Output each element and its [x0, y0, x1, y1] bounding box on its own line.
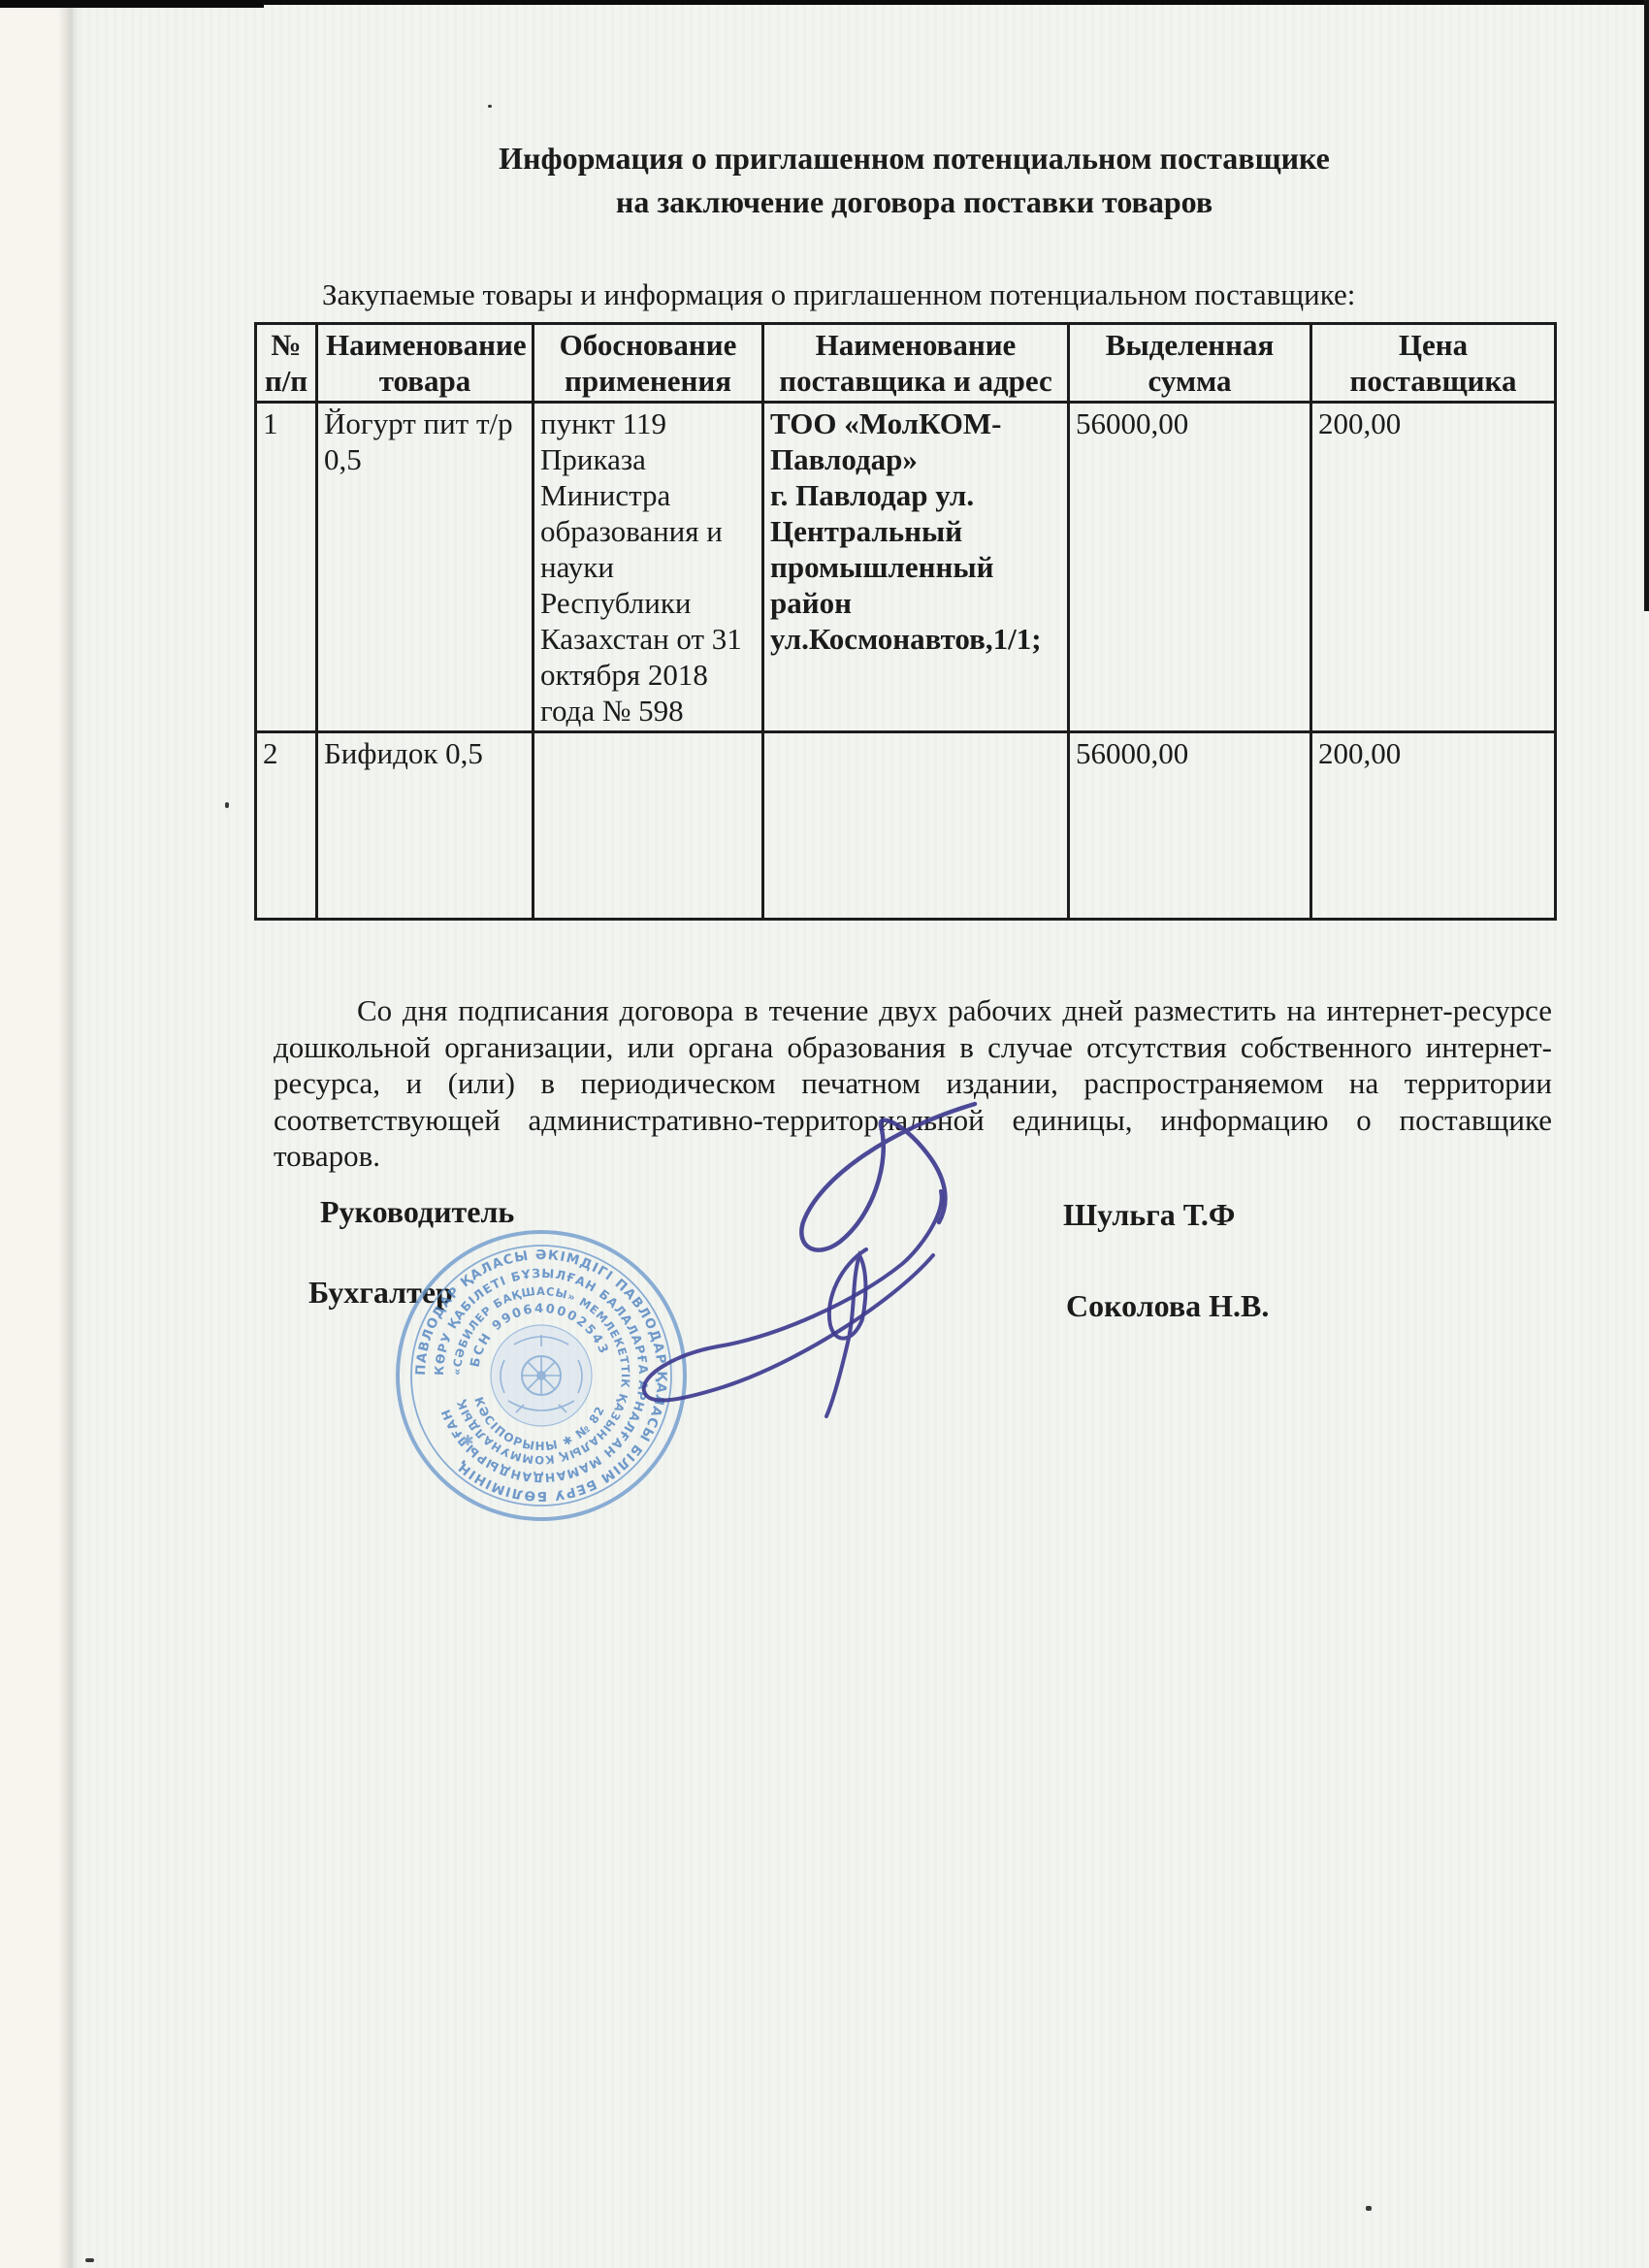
suppliers-table: № п/п Наименование товара Обоснование пр… [254, 322, 1557, 921]
signatory-name-accountant: Соколова Н.В. [1066, 1288, 1269, 1324]
scan-edge-top-left [0, 0, 264, 8]
scan-speck [85, 2258, 94, 2262]
scan-speck [225, 802, 229, 808]
signature-graphic [621, 1085, 989, 1434]
header-justification: Обоснование применения [533, 324, 763, 403]
handwritten-signature [621, 1085, 989, 1434]
table-header-row: № п/п Наименование товара Обоснование пр… [256, 324, 1556, 403]
document-page: Информация о приглашенном потенциальном … [0, 0, 1649, 2268]
cell-num: 1 [256, 403, 317, 732]
table-row: 2 Бифидок 0,5 56000,00 200,00 [256, 732, 1556, 920]
cell-num: 2 [256, 732, 317, 920]
cell-price: 200,00 [1311, 403, 1556, 732]
header-product: Наименование товара [317, 324, 533, 403]
stamp-emblem [491, 1325, 592, 1426]
cell-amount: 56000,00 [1069, 403, 1311, 732]
header-supplier: Наименование поставщика и адрес [763, 324, 1069, 403]
signatory-name-director: Шульга Т.Ф [1063, 1197, 1235, 1233]
cell-product: Йогурт пит т/р 0,5 [317, 403, 533, 732]
scan-speck [488, 105, 492, 108]
cell-supplier: ТОО «МолКОМ- Павлодар» г. Павлодар ул. Ц… [763, 403, 1069, 732]
cell-supplier [763, 732, 1069, 920]
cell-amount: 56000,00 [1069, 732, 1311, 920]
header-num: № п/п [256, 324, 317, 403]
title-line-1: Информация о приглашенном потенциальном … [276, 137, 1552, 180]
scan-edge-right [1644, 0, 1649, 611]
cell-justification: пункт 119 Приказа Министра образования и… [533, 403, 763, 732]
cell-justification [533, 732, 763, 920]
cell-price: 200,00 [1311, 732, 1556, 920]
document-title: Информация о приглашенном потенциальном … [276, 137, 1552, 224]
cell-product: Бифидок 0,5 [317, 732, 533, 920]
scan-seam-left [58, 0, 80, 2268]
intro-paragraph: Закупаемые товары и информация о приглаш… [272, 276, 1562, 313]
scan-speck [1366, 2206, 1372, 2211]
header-price: Цена поставщика [1311, 324, 1556, 403]
title-line-2: на заключение договора поставки товаров [276, 180, 1552, 224]
header-amount: Выделенная сумма [1069, 324, 1311, 403]
stamp-star-separator: ✱ [462, 1434, 474, 1449]
table-row: 1 Йогурт пит т/р 0,5 пункт 119 Приказа М… [256, 403, 1556, 732]
